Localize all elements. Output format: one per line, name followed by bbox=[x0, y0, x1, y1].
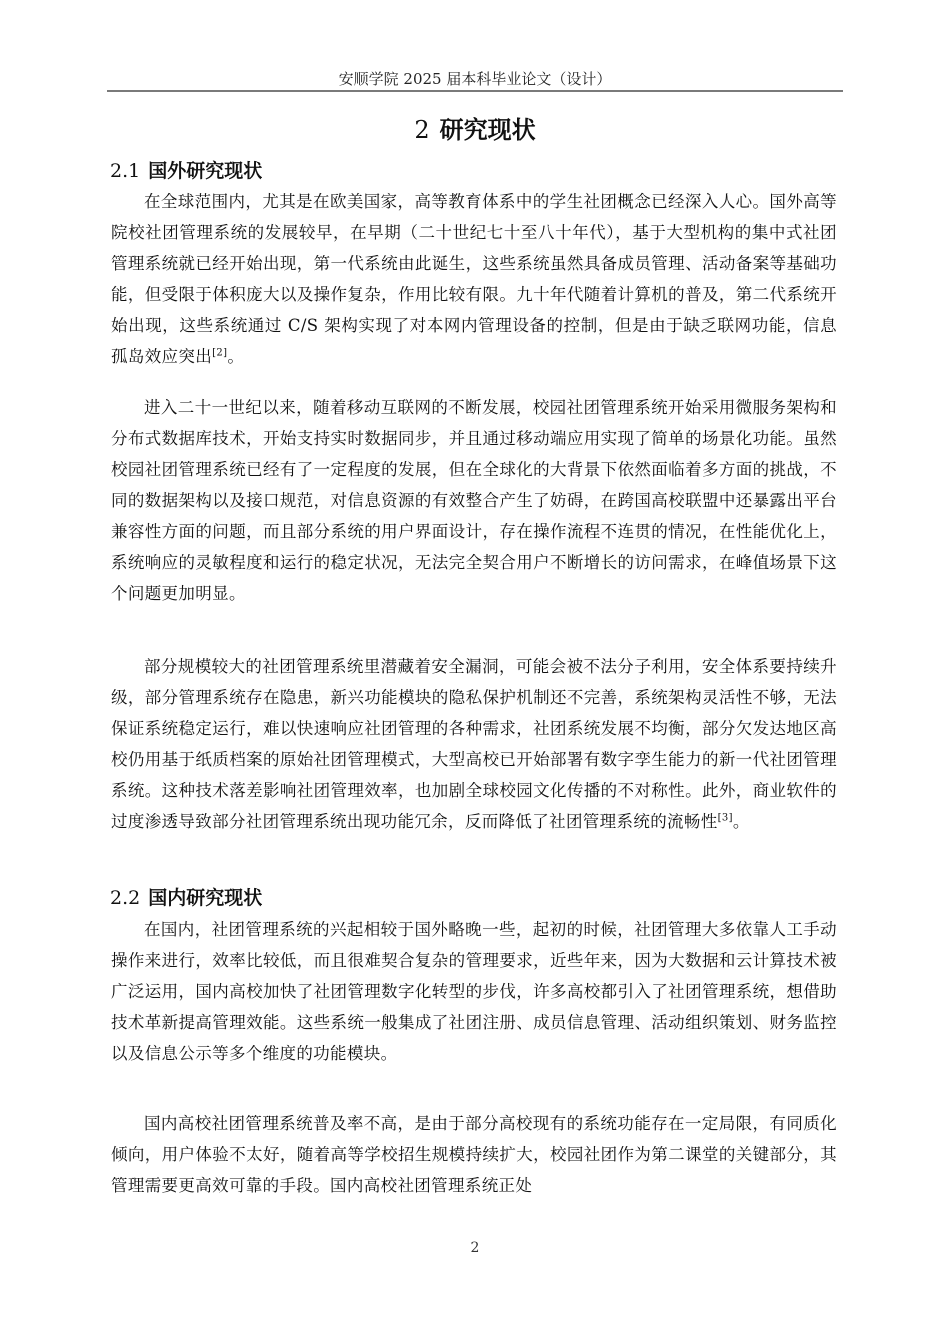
section-number: 2.2 bbox=[110, 887, 140, 909]
chapter-title: 2研究现状 bbox=[107, 114, 843, 146]
paragraph: 进入二十一世纪以来，随着移动互联网的不断发展，校园社团管理系统开始采用微服务架构… bbox=[111, 392, 837, 609]
paragraph-end: 。 bbox=[733, 812, 750, 831]
section-title: 国外研究现状 bbox=[148, 160, 262, 182]
paragraph-text: 国内高校社团管理系统普及率不高，是由于部分高校现有的系统功能存在一定局限，有同质… bbox=[111, 1114, 837, 1195]
paragraph-end: 。 bbox=[227, 347, 244, 366]
paragraph-text: 在全球范围内，尤其是在欧美国家，高等教育体系中的学生社团概念已经深入人心。国外高… bbox=[111, 192, 837, 366]
section-heading-2-2: 2.2国内研究现状 bbox=[110, 885, 262, 911]
paragraph-text: 进入二十一世纪以来，随着移动互联网的不断发展，校园社团管理系统开始采用微服务架构… bbox=[111, 398, 837, 603]
paragraph-text: 在国内，社团管理系统的兴起相较于国外略晚一些，起初的时候，社团管理大多依靠人工手… bbox=[111, 920, 837, 1063]
section-number: 2.1 bbox=[110, 160, 140, 182]
paragraph-text: 部分规模较大的社团管理系统里潜藏着安全漏洞，可能会被不法分子利用，安全体系要持续… bbox=[111, 657, 837, 831]
chapter-title-text: 研究现状 bbox=[440, 115, 536, 144]
header-divider bbox=[107, 90, 843, 92]
paragraph: 部分规模较大的社团管理系统里潜藏着安全漏洞，可能会被不法分子利用，安全体系要持续… bbox=[111, 651, 837, 837]
paragraph: 国内高校社团管理系统普及率不高，是由于部分高校现有的系统功能存在一定局限，有同质… bbox=[111, 1108, 837, 1201]
document-page: 安顺学院 2025 届本科毕业论文（设计） 2研究现状 2.1国外研究现状 在全… bbox=[0, 0, 950, 1344]
paragraph: 在国内，社团管理系统的兴起相较于国外略晚一些，起初的时候，社团管理大多依靠人工手… bbox=[111, 914, 837, 1069]
running-header: 安顺学院 2025 届本科毕业论文（设计） bbox=[107, 70, 843, 88]
citation: [2] bbox=[212, 348, 227, 359]
page-number: 2 bbox=[0, 1240, 950, 1256]
paragraph: 在全球范围内，尤其是在欧美国家，高等教育体系中的学生社团概念已经深入人心。国外高… bbox=[111, 186, 837, 372]
section-title: 国内研究现状 bbox=[148, 887, 262, 909]
chapter-number: 2 bbox=[414, 116, 429, 144]
section-heading-2-1: 2.1国外研究现状 bbox=[110, 158, 262, 184]
citation: [3] bbox=[718, 813, 733, 824]
